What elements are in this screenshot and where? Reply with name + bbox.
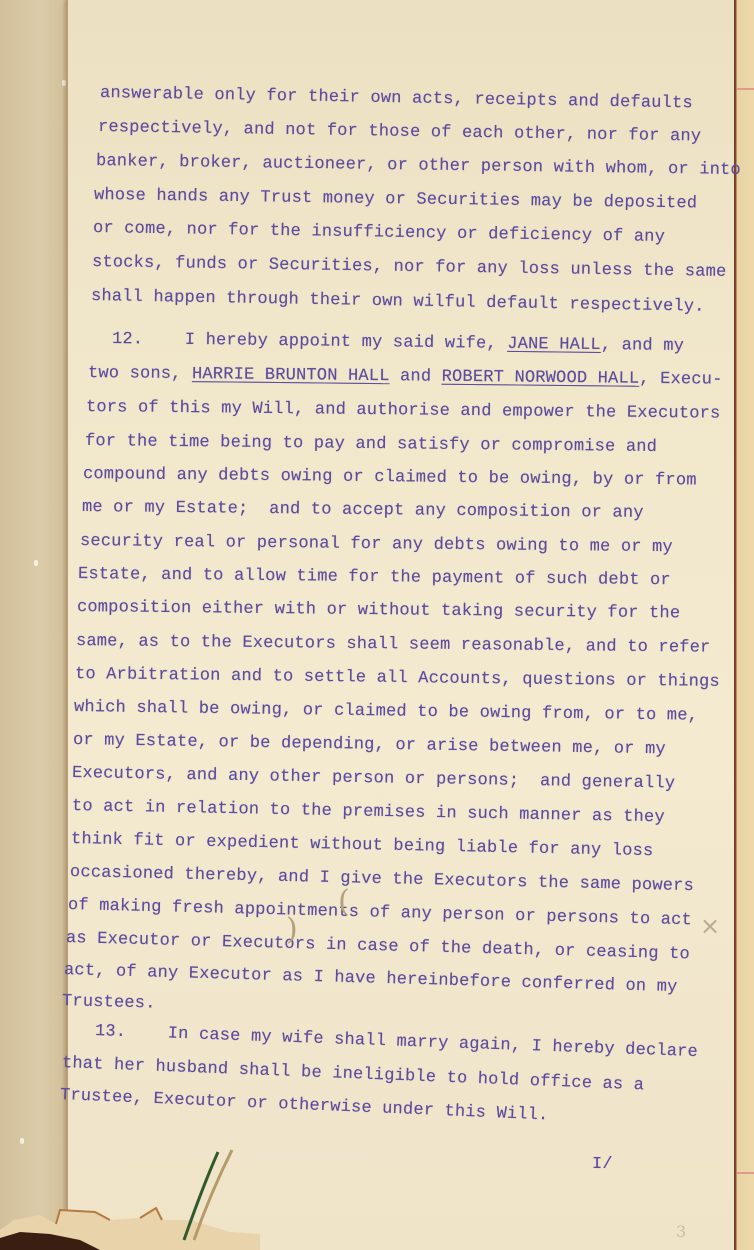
text-line: Trustees. xyxy=(62,992,156,1014)
text-line: occasioned thereby, and I give the Execu… xyxy=(70,863,694,896)
text-line: as Executor or Executors in case of the … xyxy=(66,929,690,964)
text-line: of making fresh appointments of any pers… xyxy=(68,896,692,930)
text-line: which shall be owing, or claimed to be o… xyxy=(74,698,698,726)
catchword: I/ xyxy=(592,1155,613,1174)
text-line: banker, broker, auctioneer, or other per… xyxy=(96,152,741,180)
text-line: Trustee, Executor or otherwise under thi… xyxy=(60,1086,549,1125)
clause-number: 13. xyxy=(95,1022,127,1042)
pencil-bracket-close: ) xyxy=(286,912,298,947)
clause-12-second-line: two sons, HARRIE BRUNTON HALL and ROBERT… xyxy=(88,364,723,390)
text-line: composition either with or without takin… xyxy=(77,598,680,623)
document-text: answerable only for their own acts, rece… xyxy=(0,0,754,1250)
text-line: shall happen through their own wilful de… xyxy=(91,287,705,317)
executor-name: ROBERT NORWOOD HALL xyxy=(442,368,640,389)
executor-name: JANE HALL xyxy=(507,335,601,355)
clause-12-first-line: 12. I hereby appoint my said wife, JANE … xyxy=(112,330,684,356)
clause-13-first-line: 13. In case my wife shall marry again, I… xyxy=(95,1022,699,1062)
text-line: for the time being to pay and satisfy or… xyxy=(85,432,657,457)
text-line: think fit or expedient without being lia… xyxy=(71,830,654,861)
text-line: tors of this my Will, and authorise and … xyxy=(86,398,721,424)
text-line: answerable only for their own acts, rece… xyxy=(100,84,693,113)
text-line: act, of any Executor as I have hereinbef… xyxy=(64,961,678,997)
margin-x-mark: × xyxy=(700,912,720,940)
pencil-bracket-open: ( xyxy=(338,884,350,919)
text-line: security real or personal for any debts … xyxy=(80,532,673,557)
executor-name: HARRIE BRUNTON HALL xyxy=(192,365,390,386)
text-line: whose hands any Trust money or Securitie… xyxy=(94,186,698,213)
text-line: me or my Estate; and to accept any compo… xyxy=(82,498,644,523)
text-line: Executors, and any other person or perso… xyxy=(72,764,676,794)
torn-paper-fragment xyxy=(0,1190,260,1250)
text-line: respectively, and not for those of each … xyxy=(98,118,702,146)
pencil-page-mark: 3 xyxy=(676,1222,686,1241)
text-line: or my Estate, or be depending, or arise … xyxy=(73,731,666,759)
clause-number: 12. xyxy=(112,330,143,349)
text-line: stocks, funds or Securities, nor for any… xyxy=(92,253,727,282)
text-line: compound any debts owing or claimed to b… xyxy=(83,465,697,490)
text-line: or come, nor for the insufficiency or de… xyxy=(93,219,665,247)
text-line: to act in relation to the premises in su… xyxy=(72,797,665,827)
text-line: to Arbitration and to settle all Account… xyxy=(75,665,720,692)
text-line: same, as to the Executors shall seem rea… xyxy=(76,632,711,658)
text-line: Estate, and to allow time for the paymen… xyxy=(78,565,671,590)
